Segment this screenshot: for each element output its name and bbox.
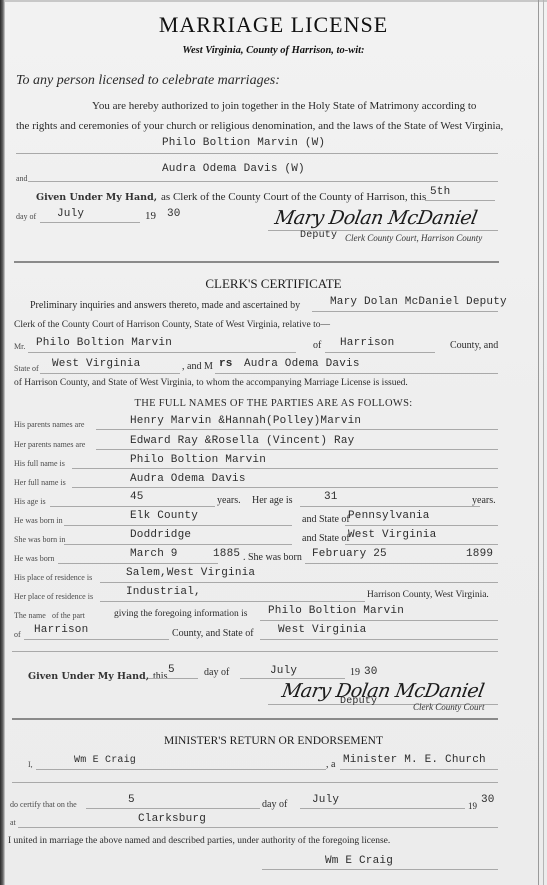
mrs-suffix: rs xyxy=(219,358,233,370)
license-year-suffix: 30 xyxy=(167,208,181,220)
license-day-line xyxy=(425,200,495,201)
her-parents: Edward Ray &Rosella (Vincent) Ray xyxy=(130,435,354,447)
informant-county-line xyxy=(24,639,169,640)
minister-name-line xyxy=(36,769,326,770)
mr-county-line xyxy=(325,352,435,353)
minister-i-label: I, xyxy=(28,760,33,769)
section-divider-2 xyxy=(12,651,498,652)
cert-deputy-label: Deputy xyxy=(340,696,377,707)
her-full-name-line xyxy=(72,487,498,488)
and-label: and xyxy=(16,174,28,183)
he-born-date-line xyxy=(58,563,218,564)
mrs-name-line xyxy=(215,373,498,374)
his-residence: Salem,West Virginia xyxy=(126,567,255,579)
informant-of-label: of xyxy=(14,630,21,639)
mr-label: Mr. xyxy=(14,342,25,351)
her-residence-line xyxy=(100,601,365,602)
groom-name: Philo Boltion Marvin (W) xyxy=(162,137,325,149)
his-parents-line xyxy=(96,429,498,430)
section-divider-1 xyxy=(14,261,499,263)
his-residence-label: His place of residence is xyxy=(14,573,92,582)
her-age-line xyxy=(300,506,480,507)
he-born-date: March 9 xyxy=(130,548,178,560)
informant-state: West Virginia xyxy=(278,624,366,636)
given-under-hand-prefix: Given Under My Hand, xyxy=(36,192,157,203)
his-residence-line xyxy=(100,582,498,583)
his-full-name-label: His full name is xyxy=(14,459,65,468)
she-born-in: Doddridge xyxy=(130,529,191,541)
and-m-label: , and M xyxy=(182,361,213,372)
minister-a-label: , a xyxy=(326,759,335,770)
section-divider-3 xyxy=(12,718,498,720)
cert-given-under-hand-line: Given Under My Hand, this xyxy=(28,666,167,684)
page-right-edge xyxy=(538,0,539,885)
groom-line xyxy=(16,153,498,154)
her-full-name: Audra Odema Davis xyxy=(130,473,246,485)
issued-line: of Harrison County, and State of West Vi… xyxy=(14,378,408,388)
informant-name: Philo Boltion Marvin xyxy=(268,605,404,617)
document-title: MARRIAGE LICENSE xyxy=(0,12,547,38)
her-parents-line xyxy=(96,449,498,450)
given-text: as Clerk of the County Court of the Coun… xyxy=(161,191,426,203)
intro-line-1: You are hereby authorized to join togeth… xyxy=(92,100,476,112)
license-day: 5th xyxy=(430,186,450,198)
informant-label-1: The name xyxy=(14,611,46,620)
years-label: years. xyxy=(217,495,241,506)
mr-name-line xyxy=(28,352,296,353)
ministers-return-title: MINISTER'S RETURN OR ENDORSEMENT xyxy=(0,735,547,747)
mrs-name: Audra Odema Davis xyxy=(244,358,360,370)
cert-given-under-hand-prefix: Given Under My Hand, xyxy=(28,671,149,682)
minister-day-line xyxy=(86,808,260,809)
his-full-name-line xyxy=(72,468,498,469)
cert-clerk-signature: Mary Dolan McDaniel xyxy=(280,680,486,702)
intro-line-2: the rights and ceremonies of your church… xyxy=(16,120,503,132)
cert-year-prefix: 19 xyxy=(350,667,360,678)
page-left-edge xyxy=(0,0,5,885)
minister-month: July xyxy=(312,794,339,806)
county-state-label: County, and State of xyxy=(172,628,254,639)
cert-day-line xyxy=(148,678,198,679)
and-state-label: and State of xyxy=(302,514,350,525)
united-text: I united in marriage the above named and… xyxy=(8,836,390,846)
day-of-label: day of xyxy=(16,212,36,221)
license-month-line xyxy=(40,222,140,223)
clerk-line: Clerk of the County Court of Harrison Co… xyxy=(14,320,330,330)
minister-signature-line xyxy=(262,869,498,870)
he-born-label: He was born xyxy=(14,554,54,563)
cert-month-line xyxy=(240,678,345,679)
full-names-title: THE FULL NAMES OF THE PARTIES ARE AS FOL… xyxy=(0,398,547,409)
marriage-place-line xyxy=(18,827,498,828)
of-label: of xyxy=(313,340,321,351)
informant-state-line xyxy=(260,639,498,640)
minister-day-of-label: day of xyxy=(262,799,287,810)
he-born-year: 1885 xyxy=(213,548,240,560)
ascertained-by-line xyxy=(312,311,498,312)
her-age: 31 xyxy=(324,491,338,503)
prelim-text: Preliminary inquiries and answers theret… xyxy=(30,300,300,311)
minister-name: Wm E Craig xyxy=(74,755,136,766)
minister-month-line xyxy=(300,808,465,809)
page-top-edge xyxy=(0,0,547,2)
his-age-line xyxy=(50,506,215,507)
her-residence-suffix: Harrison County, West Virginia. xyxy=(367,590,489,600)
minister-position-line xyxy=(340,769,498,770)
cert-clerk-title: Clerk County Court xyxy=(413,702,485,712)
deputy-label: Deputy xyxy=(300,230,337,241)
cert-given-this: this xyxy=(153,671,167,682)
salutation: To any person licensed to celebrate marr… xyxy=(16,73,280,89)
document-subtitle: West Virginia, County of Harrison, to-wi… xyxy=(0,45,547,56)
her-full-name-label: Her full name is xyxy=(14,478,66,487)
cert-year-suffix: 30 xyxy=(364,666,378,678)
her-parents-label: Her parents names are xyxy=(14,440,85,449)
cert-day-of-label: day of xyxy=(204,667,229,678)
informant-label-3: giving the foregoing information is xyxy=(114,609,248,619)
she-born-date-line xyxy=(305,563,498,564)
minister-year-suffix: 30 xyxy=(481,794,495,806)
bride-name: Audra Odema Davis (W) xyxy=(162,163,305,175)
cert-month: July xyxy=(270,665,297,677)
mr-state: West Virginia xyxy=(52,358,140,370)
informant-county: Harrison xyxy=(34,624,88,636)
she-born-in-label: She was born in xyxy=(14,535,65,544)
her-age-label: Her age is xyxy=(252,495,293,506)
at-label: at xyxy=(10,818,16,827)
he-born-in: Elk County xyxy=(130,510,198,522)
and-state-label-2: and State of xyxy=(302,533,350,544)
license-month: July xyxy=(57,208,84,220)
county-and-label: County, and xyxy=(450,340,498,351)
mr-state-line xyxy=(40,373,180,374)
her-residence: Industrial, xyxy=(126,586,201,598)
clerks-certificate-title: CLERK'S CERTIFICATE xyxy=(0,276,547,292)
he-born-state: Pennsylvania xyxy=(348,510,430,522)
his-age: 45 xyxy=(130,491,144,503)
his-parents: Henry Marvin &Hannah(Polley)Marvin xyxy=(130,415,361,427)
she-born-date: February 25 xyxy=(312,548,387,560)
his-full-name: Philo Boltion Marvin xyxy=(130,454,266,466)
informant-name-line xyxy=(260,620,498,621)
he-born-in-label: He was born in xyxy=(14,516,63,525)
mr-name: Philo Boltion Marvin xyxy=(36,337,172,349)
marriage-license-page: MARRIAGE LICENSE West Virginia, County o… xyxy=(0,0,547,885)
mr-county: Harrison xyxy=(340,337,394,349)
certify-label: do certify that on the xyxy=(10,800,77,809)
years-label-2: years. xyxy=(472,495,496,506)
minister-year-prefix: 19 xyxy=(468,801,477,811)
given-under-hand-line: Given Under My Hand, as Clerk of the Cou… xyxy=(36,187,426,205)
clerk-signature: Mary Dolan McDaniel xyxy=(273,207,479,229)
page-right-edge-outer xyxy=(543,0,544,885)
her-residence-label: Her place of residence is xyxy=(14,592,93,601)
she-born-state-line xyxy=(345,544,498,545)
he-born-state-line xyxy=(345,525,498,526)
minister-position: Minister M. E. Church xyxy=(343,754,486,766)
section-divider-4 xyxy=(12,782,498,783)
informant-label-2: of the part xyxy=(52,611,85,620)
marriage-place: Clarksburg xyxy=(138,813,206,825)
she-born-in-line xyxy=(64,544,292,545)
clerk-title: Clerk County Court, Harrison County xyxy=(345,233,482,243)
his-age-label: His age is xyxy=(14,497,46,506)
state-of-label: State of xyxy=(14,364,39,373)
she-born-year: 1899 xyxy=(466,548,493,560)
minister-signature: Wm E Craig xyxy=(325,855,393,867)
license-year-prefix: 19 xyxy=(145,210,156,222)
she-born-state: West Virginia xyxy=(348,529,436,541)
bride-line xyxy=(28,181,498,182)
cert-day: 5 xyxy=(168,664,175,676)
minister-day: 5 xyxy=(128,794,135,806)
she-born-label: . She was born xyxy=(243,552,302,563)
his-parents-label: His parents names are xyxy=(14,420,84,429)
he-born-in-line xyxy=(64,525,292,526)
ascertained-by: Mary Dolan McDaniel Deputy xyxy=(330,296,507,308)
